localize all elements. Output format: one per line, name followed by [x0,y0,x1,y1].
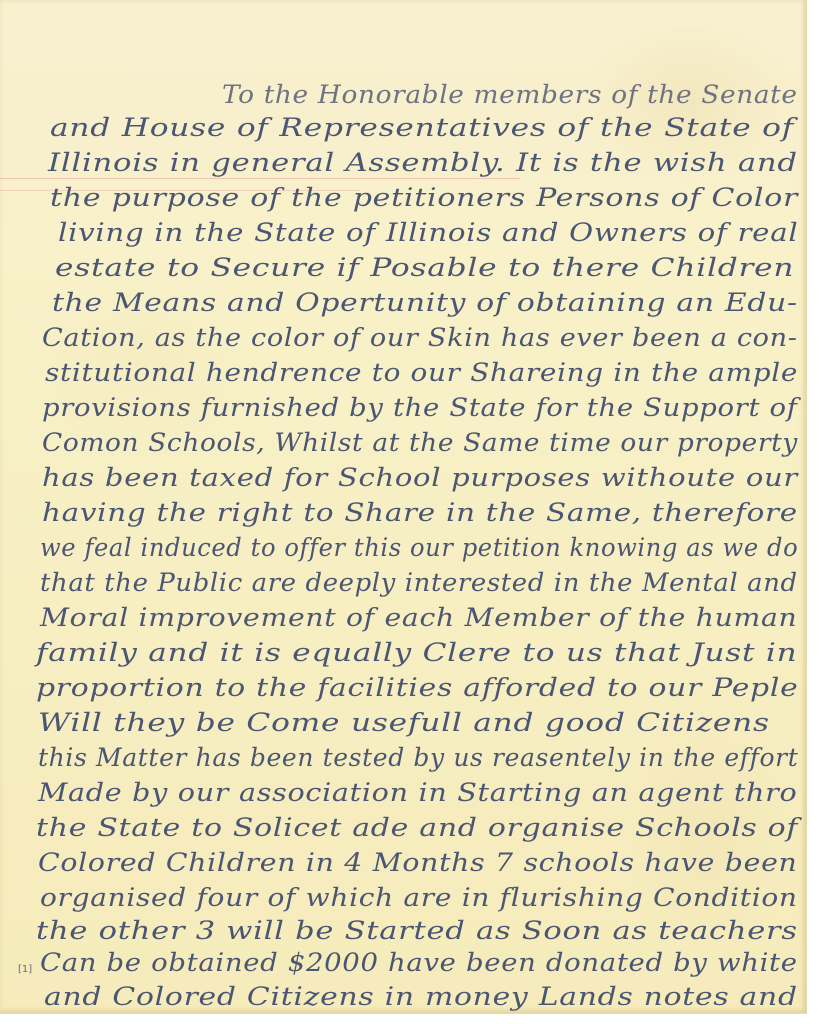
text-line: Moral improvement of each Member of the … [40,605,797,630]
text-line: Illinois in general Assembly. It is the … [48,150,798,175]
text-line: Cation, as the color of our Skin has eve… [42,325,798,350]
text-line: the purpose of the petitioners Persons o… [50,185,798,210]
text-line: organised four of which are in flurishin… [40,885,798,910]
text-line: Made by our association in Starting an a… [38,780,797,805]
text-line: we feal induced to offer this our petiti… [40,535,798,560]
text-line: and House of Representatives of the Stat… [50,115,794,140]
text-line: stitutional hendrence to our Shareing in… [45,360,798,385]
salutation-line: To the Honorable members of the Senate [222,82,798,107]
page-number-marker: [1] [18,964,32,975]
text-line: estate to Secure if Posable to there Chi… [55,255,794,280]
text-line: living in the State of Illinois and Owne… [58,220,798,245]
text-line: Will they be Come usefull and good Citiz… [38,710,770,735]
manuscript-page: To the Honorable members of the Senate a… [0,0,807,1014]
text-line: family and it is equally Clere to us tha… [36,640,797,665]
text-line: having the right to Share in the Same, t… [42,500,798,525]
text-line: Colored Children in 4 Months 7 schools h… [38,850,797,875]
text-line: Comon Schools, Whilst at the Same time o… [42,430,798,455]
text-line: the Means and Opertunity of obtaining an… [52,290,798,315]
text-line: the State to Solicet ade and organise Sc… [36,815,798,840]
text-line: and Colored Citizens in money Lands note… [44,984,798,1009]
text-line: proportion to the facilities afforded to… [36,675,798,700]
text-line: that the Public are deeply interested in… [40,570,798,595]
handwritten-text-block: To the Honorable members of the Senate a… [0,0,806,1013]
text-line: this Matter has been tested by us reasen… [38,745,798,770]
text-line: has been taxed for School purposes witho… [42,465,798,490]
text-line: Can be obtained $2000 have been donated … [40,950,798,975]
text-line: the other 3 will be Started as Soon as t… [36,918,798,943]
text-line: provisions furnished by the State for th… [42,395,798,420]
